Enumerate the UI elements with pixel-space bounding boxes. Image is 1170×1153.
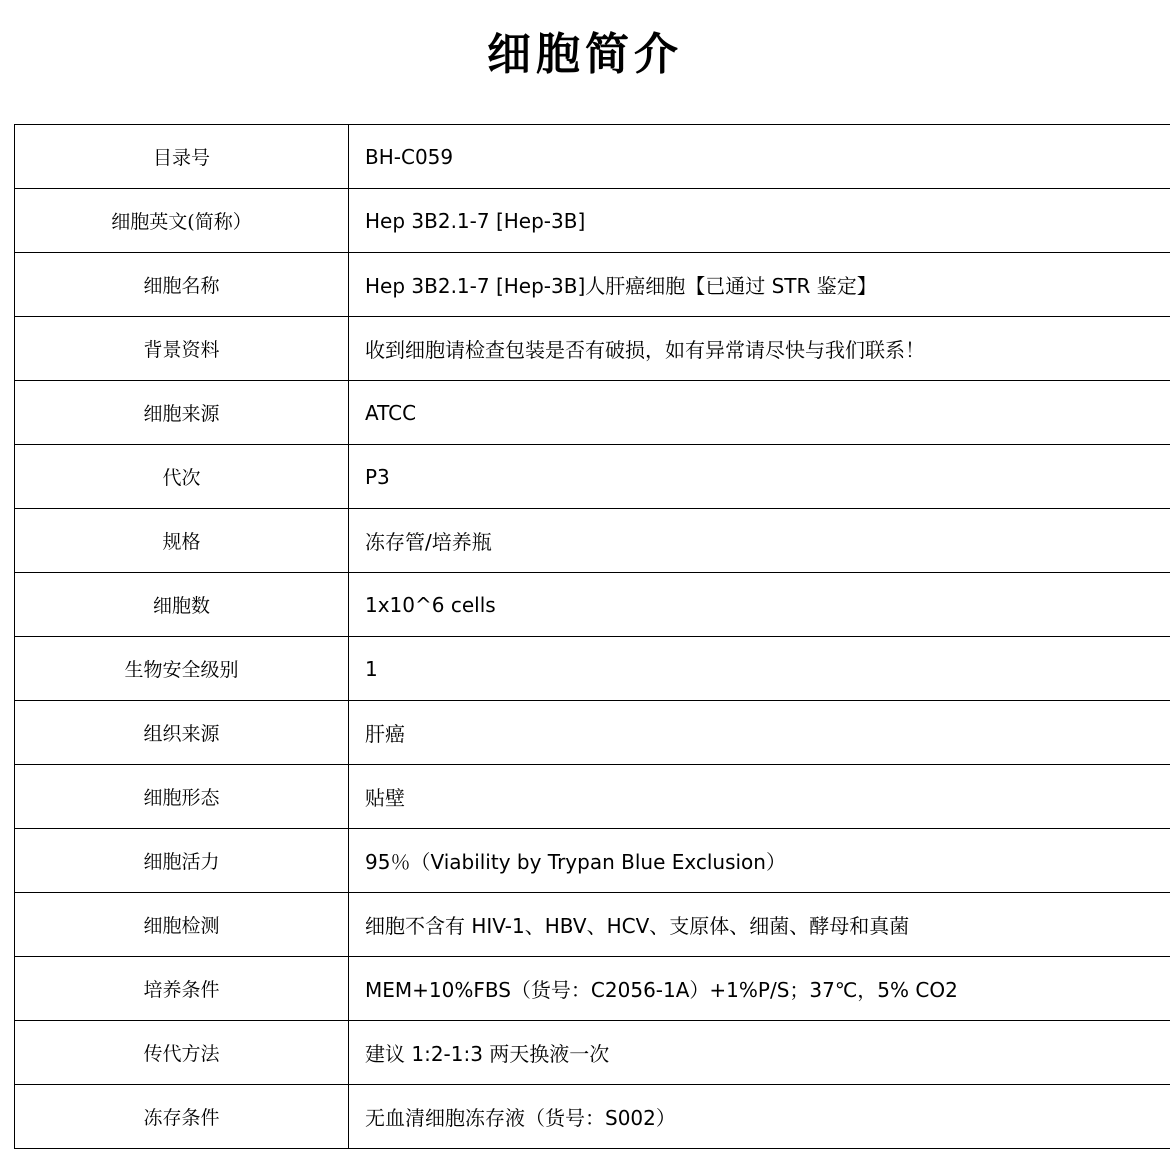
row-value: 细胞不含有 HIV-1、HBV、HCV、支原体、细菌、酵母和真菌 <box>349 893 1170 957</box>
page-title: 细胞简介 <box>0 18 1170 82</box>
table-row: 细胞活力 95％（Viability by Trypan Blue Exclus… <box>15 829 1170 893</box>
row-label: 生物安全级别 <box>15 637 349 701</box>
row-value: 收到细胞请检查包装是否有破损，如有异常请尽快与我们联系！ <box>349 317 1170 381</box>
table-row: 传代方法 建议 1:2-1:3 两天换液一次 <box>15 1021 1170 1085</box>
table-row: 培养条件 MEM+10%FBS（货号：C2056-1A）+1%P/S；37℃，5… <box>15 957 1170 1021</box>
row-label: 背景资料 <box>15 317 349 381</box>
row-label: 细胞形态 <box>15 765 349 829</box>
row-value: MEM+10%FBS（货号：C2056-1A）+1%P/S；37℃，5% CO2 <box>349 957 1170 1021</box>
table-row: 细胞名称 Hep 3B2.1-7 [Hep-3B]人肝癌细胞【已通过 STR 鉴… <box>15 253 1170 317</box>
table-row: 冻存条件 无血清细胞冻存液（货号：S002） <box>15 1085 1170 1149</box>
table-row: 背景资料 收到细胞请检查包装是否有破损，如有异常请尽快与我们联系！ <box>15 317 1170 381</box>
row-value: 1x10^6 cells <box>349 573 1170 637</box>
table-row: 生物安全级别 1 <box>15 637 1170 701</box>
row-value: Hep 3B2.1-7 [Hep-3B]人肝癌细胞【已通过 STR 鉴定】 <box>349 253 1170 317</box>
table-row: 规格 冻存管/培养瓶 <box>15 509 1170 573</box>
row-value: 肝癌 <box>349 701 1170 765</box>
row-value: 95％（Viability by Trypan Blue Exclusion） <box>349 829 1170 893</box>
row-label: 代次 <box>15 445 349 509</box>
row-value: 冻存管/培养瓶 <box>349 509 1170 573</box>
row-label: 组织来源 <box>15 701 349 765</box>
table-row: 组织来源 肝癌 <box>15 701 1170 765</box>
row-label: 细胞英文(简称） <box>15 189 349 253</box>
table-row: 代次 P3 <box>15 445 1170 509</box>
row-label: 培养条件 <box>15 957 349 1021</box>
row-label: 细胞检测 <box>15 893 349 957</box>
row-value: 无血清细胞冻存液（货号：S002） <box>349 1085 1170 1149</box>
row-label: 规格 <box>15 509 349 573</box>
cell-info-table-body: 目录号 BH-C059 细胞英文(简称） Hep 3B2.1-7 [Hep-3B… <box>15 125 1170 1149</box>
table-row: 目录号 BH-C059 <box>15 125 1170 189</box>
table-row: 细胞检测 细胞不含有 HIV-1、HBV、HCV、支原体、细菌、酵母和真菌 <box>15 893 1170 957</box>
row-label: 细胞名称 <box>15 253 349 317</box>
table-row: 细胞形态 贴壁 <box>15 765 1170 829</box>
row-label: 细胞活力 <box>15 829 349 893</box>
row-value: P3 <box>349 445 1170 509</box>
table-row: 细胞来源 ATCC <box>15 381 1170 445</box>
row-value: 1 <box>349 637 1170 701</box>
row-value: ATCC <box>349 381 1170 445</box>
cell-info-table: 目录号 BH-C059 细胞英文(简称） Hep 3B2.1-7 [Hep-3B… <box>14 124 1170 1149</box>
row-label: 传代方法 <box>15 1021 349 1085</box>
row-label: 目录号 <box>15 125 349 189</box>
row-label: 细胞来源 <box>15 381 349 445</box>
row-value: 建议 1:2-1:3 两天换液一次 <box>349 1021 1170 1085</box>
row-label: 冻存条件 <box>15 1085 349 1149</box>
row-value: BH-C059 <box>349 125 1170 189</box>
row-value: 贴壁 <box>349 765 1170 829</box>
table-row: 细胞数 1x10^6 cells <box>15 573 1170 637</box>
table-row: 细胞英文(简称） Hep 3B2.1-7 [Hep-3B] <box>15 189 1170 253</box>
row-value: Hep 3B2.1-7 [Hep-3B] <box>349 189 1170 253</box>
row-label: 细胞数 <box>15 573 349 637</box>
